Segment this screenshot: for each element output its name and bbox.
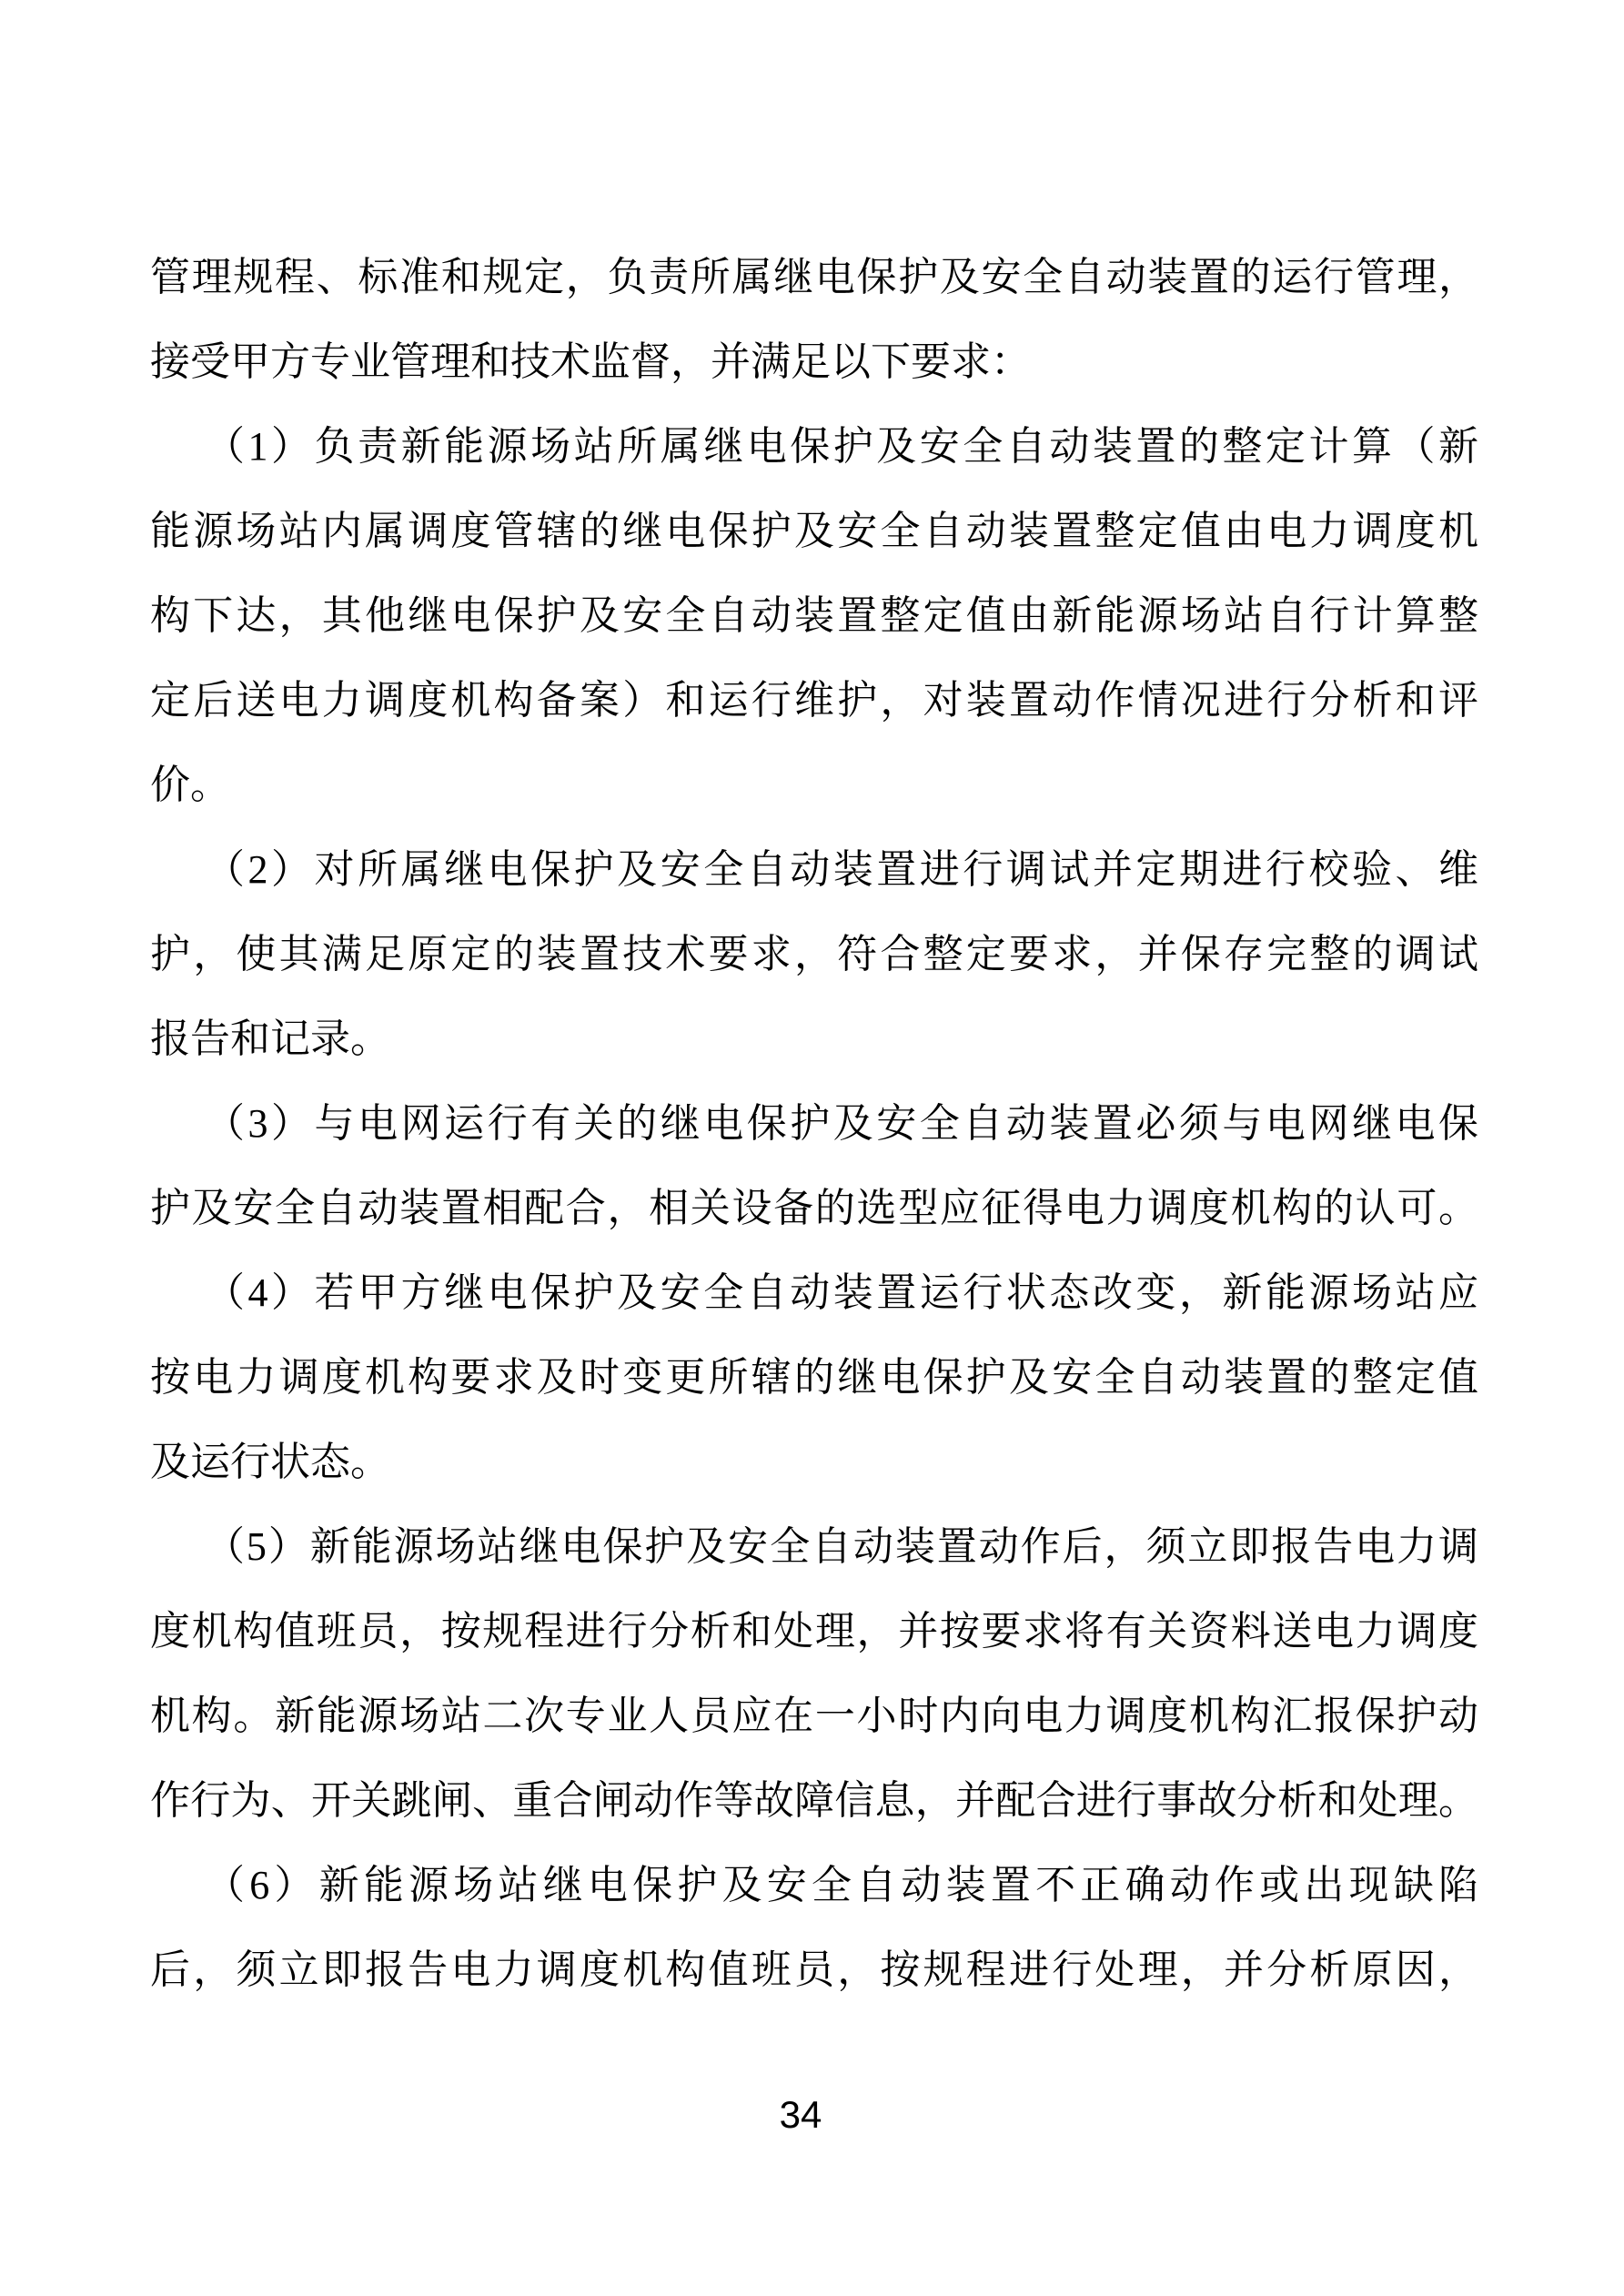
text-line: 护及安全自动装置相配合，相关设备的选型应征得电力调度机构的认可。	[150, 1166, 1478, 1250]
text-line: 度机构值班员，按规程进行分析和处理，并按要求将有关资料送电力调度	[150, 1589, 1478, 1674]
text-line: 接受甲方专业管理和技术监督，并满足以下要求：	[150, 319, 1478, 404]
paragraph: （4）若甲方继电保护及安全自动装置运行状态改变，新能源场站应按电力调度机构要求及…	[150, 1250, 1478, 1504]
document-body: 管理规程、标准和规定，负责所属继电保护及安全自动装置的运行管理，接受甲方专业管理…	[150, 235, 1478, 2012]
text-line: 及运行状态。	[150, 1420, 1478, 1504]
text-line: （6）新能源场站继电保护及安全自动装置不正确动作或出现缺陷	[150, 1843, 1478, 1927]
text-line: （2）对所属继电保护及安全自动装置进行调试并定期进行校验、维	[150, 827, 1478, 912]
text-line: 报告和记录。	[150, 996, 1478, 1081]
text-line: 作行为、开关跳闸、重合闸动作等故障信息，并配合进行事故分析和处理。	[150, 1758, 1478, 1843]
text-line: （1）负责新能源场站所属继电保护及安全自动装置的整定计算（新	[150, 404, 1478, 489]
page-number: 34	[0, 2093, 1601, 2137]
text-line: 护，使其满足原定的装置技术要求，符合整定要求，并保存完整的调试	[150, 912, 1478, 996]
paragraph: （3）与电网运行有关的继电保护及安全自动装置必须与电网继电保护及安全自动装置相配…	[150, 1081, 1478, 1250]
text-line: （4）若甲方继电保护及安全自动装置运行状态改变，新能源场站应	[150, 1250, 1478, 1335]
paragraph: （1）负责新能源场站所属继电保护及安全自动装置的整定计算（新能源场站内属调度管辖…	[150, 404, 1478, 827]
text-line: 管理规程、标准和规定，负责所属继电保护及安全自动装置的运行管理，	[150, 235, 1478, 319]
text-line: 定后送电力调度机构备案）和运行维护，对装置动作情况进行分析和评	[150, 658, 1478, 743]
text-line: 按电力调度机构要求及时变更所辖的继电保护及安全自动装置的整定值	[150, 1335, 1478, 1420]
text-line: 机构。新能源场站二次专业人员应在一小时内向电力调度机构汇报保护动	[150, 1674, 1478, 1758]
text-line: （3）与电网运行有关的继电保护及安全自动装置必须与电网继电保	[150, 1081, 1478, 1166]
text-line: 能源场站内属调度管辖的继电保护及安全自动装置整定值由电力调度机	[150, 489, 1478, 573]
text-line: （5）新能源场站继电保护及安全自动装置动作后，须立即报告电力调	[150, 1504, 1478, 1589]
text-line: 构下达，其他继电保护及安全自动装置整定值由新能源场站自行计算整	[150, 573, 1478, 658]
paragraph: （6）新能源场站继电保护及安全自动装置不正确动作或出现缺陷后，须立即报告电力调度…	[150, 1843, 1478, 2012]
paragraph: 管理规程、标准和规定，负责所属继电保护及安全自动装置的运行管理，接受甲方专业管理…	[150, 235, 1478, 404]
paragraph: （2）对所属继电保护及安全自动装置进行调试并定期进行校验、维护，使其满足原定的装…	[150, 827, 1478, 1081]
text-line: 后，须立即报告电力调度机构值班员，按规程进行处理，并分析原因，	[150, 1927, 1478, 2012]
paragraph: （5）新能源场站继电保护及安全自动装置动作后，须立即报告电力调度机构值班员，按规…	[150, 1504, 1478, 1843]
document-page: 管理规程、标准和规定，负责所属继电保护及安全自动装置的运行管理，接受甲方专业管理…	[0, 0, 1624, 2296]
text-line: 价。	[150, 743, 1478, 827]
